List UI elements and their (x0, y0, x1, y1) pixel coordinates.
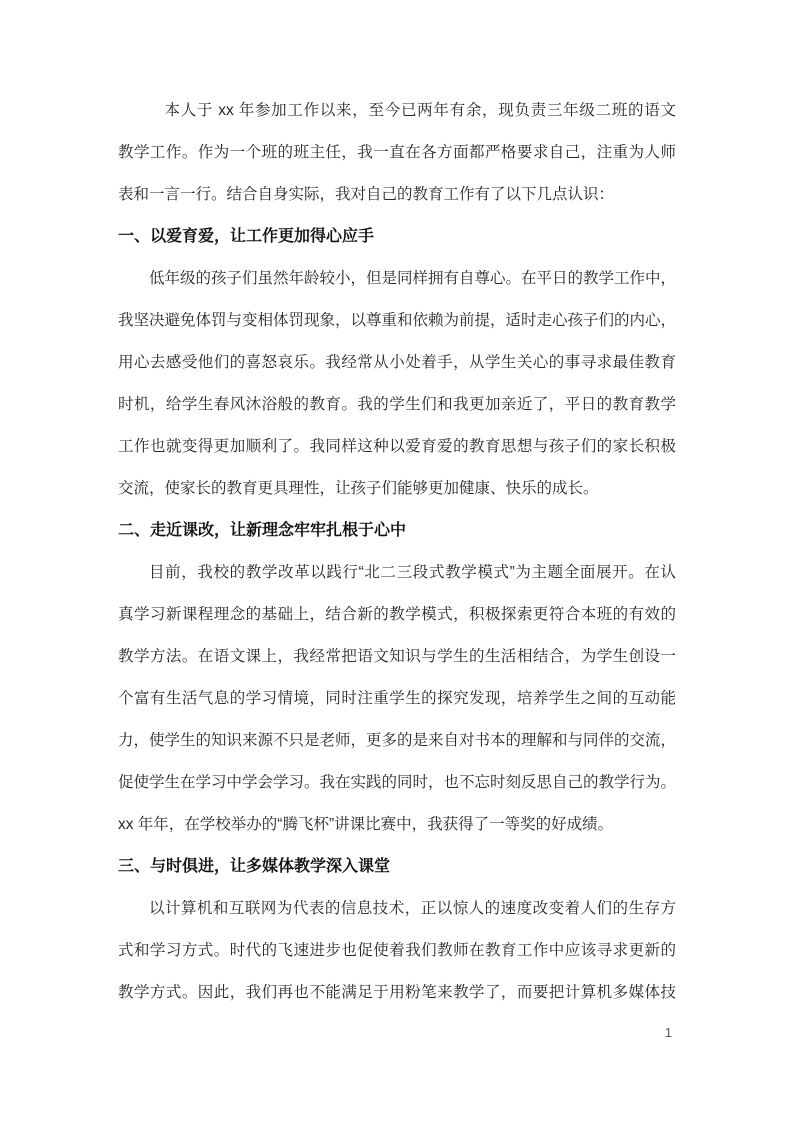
section-heading-1: 一、以爱育爱，让工作更加得心应手 (118, 216, 676, 258)
text-line: 个富有生活气息的学习情境，同时注重学生的探究发现，培养学生之间的互动能 (118, 678, 676, 720)
text-line: 促使学生在学习中学会学习。我在实践的同时，也不忘时刻反思自己的教学行为。 (118, 762, 676, 804)
text-line: 目前，我校的教学改革以践行“北二三段式教学模式”为主题全面展开。在认 (118, 552, 676, 594)
text-line: 教学工作。作为一个班的班主任，我一直在各方面都严格要求自己，注重为人师 (118, 132, 676, 174)
text-line: 低年级的孩子们虽然年龄较小，但是同样拥有自尊心。在平日的教学工作中， (118, 258, 676, 300)
text-line: 教学方法。在语文课上，我经常把语文知识与学生的生活相结合，为学生创设一 (118, 636, 676, 678)
text-line: 工作也就变得更加顺利了。我同样这种以爱育爱的教育思想与孩子们的家长积极 (118, 426, 676, 468)
text-line: xx 年年，在学校举办的“腾飞杯”讲课比赛中，我获得了一等奖的好成绩。 (118, 804, 676, 846)
page-number: 1 (665, 1025, 672, 1040)
text-line: 交流，使家长的教育更具理性，让孩子们能够更加健康、快乐的成长。 (118, 468, 676, 510)
section-heading-3: 三、与时俱进，让多媒体教学深入课堂 (118, 846, 676, 888)
text-line: 表和一言一行。结合自身实际，我对自己的教育工作有了以下几点认识： (118, 174, 676, 216)
text-line: 以计算机和互联网为代表的信息技术，正以惊人的速度改变着人们的生存方 (118, 888, 676, 930)
text-line: 力，使学生的知识来源不只是老师，更多的是来自对书本的理解和与同伴的交流， (118, 720, 676, 762)
document-content: 本人于 xx 年参加工作以来，至今已两年有余，现负责三年级二班的语文教学工作。作… (118, 90, 676, 1014)
text-line: 时机，给学生春风沐浴般的教育。我的学生们和我更加亲近了，平日的教育教学 (118, 384, 676, 426)
text-line: 用心去感受他们的喜怒哀乐。我经常从小处着手，从学生关心的事寻求最佳教育 (118, 342, 676, 384)
text-line: 本人于 xx 年参加工作以来，至今已两年有余，现负责三年级二班的语文 (118, 90, 676, 132)
section-heading-2: 二、走近课改，让新理念牢牢扎根于心中 (118, 510, 676, 552)
text-line: 我坚决避免体罚与变相体罚现象，以尊重和依赖为前提，适时走心孩子们的内心， (118, 300, 676, 342)
text-line: 教学方式。因此，我们再也不能满足于用粉笔来教学了，而要把计算机多媒体技 (118, 972, 676, 1014)
text-line: 式和学习方式。时代的飞速进步也促使着我们教师在教育工作中应该寻求更新的 (118, 930, 676, 972)
document-page: 本人于 xx 年参加工作以来，至今已两年有余，现负责三年级二班的语文教学工作。作… (0, 0, 793, 1122)
page-footer: 1 (118, 1024, 676, 1042)
text-line: 真学习新课程理念的基础上，结合新的教学模式，积极探索更符合本班的有效的 (118, 594, 676, 636)
